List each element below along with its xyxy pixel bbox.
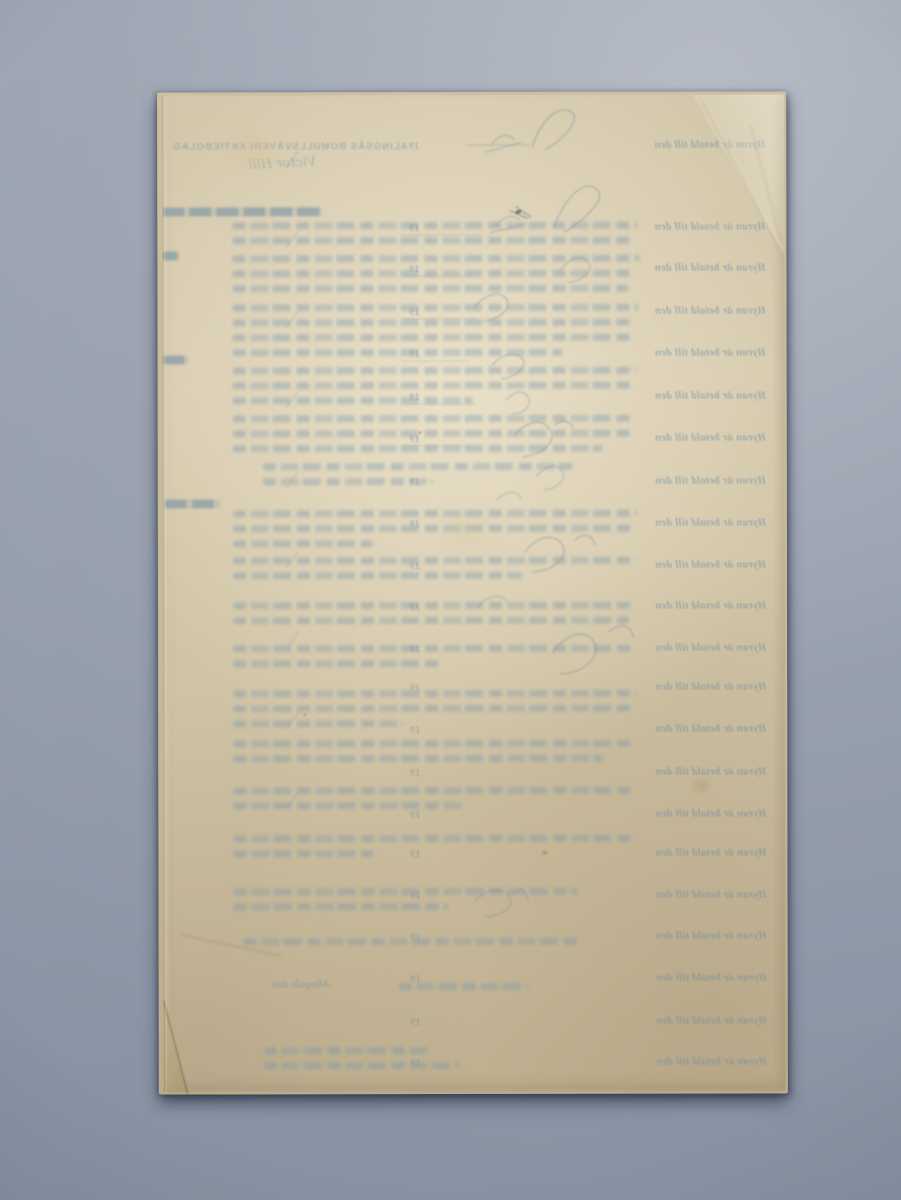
illegible-paragraph-band (244, 938, 579, 954)
stub-label-mirrored: Hyran är betald till den (655, 930, 766, 941)
stub-label-mirrored: Hyran är betald till den (654, 347, 765, 358)
illegible-text-line (234, 903, 449, 910)
stub-year-prefix-mirrored: 19 (411, 1017, 421, 1028)
stub-label-mirrored: Hyran är betald till den (654, 262, 765, 273)
stub-label-mirrored: Hyran är betald till den (654, 139, 765, 150)
illegible-text-line (233, 850, 373, 857)
illegible-paragraph-band (233, 835, 636, 866)
illegible-text-line (234, 888, 579, 896)
stub-label-mirrored: Hyran är betald till den (655, 432, 766, 443)
stub-label-mirrored: Hyran är betald till den (656, 1056, 767, 1067)
illegible-text-line (232, 285, 628, 293)
rent-paid-stub-row: 19Hyran är betald till den (164, 1015, 786, 1031)
illegible-text-line (233, 415, 635, 423)
illegible-paragraph-band (233, 557, 636, 588)
illegible-text-line (233, 510, 638, 518)
illegible-text-line (232, 237, 630, 245)
stub-label-mirrored: Hyran är betald till den (655, 642, 766, 653)
rent-paid-stub-row: 19Hyran är betald till den (164, 1056, 786, 1072)
stub-label-mirrored: Hyran är betald till den (654, 305, 765, 316)
illegible-paragraph-band (232, 255, 640, 301)
illegible-text-line (233, 334, 631, 342)
stub-label-mirrored: Hyran är betald till den (655, 808, 766, 819)
bleed-through-print-layer: ALINGSÅS BOMULLSVÄVERI AKTIEBOLAG Victor… (162, 94, 786, 1092)
illegible-text-line (244, 938, 579, 946)
illegible-text-line (263, 463, 573, 471)
signature-name-mirrored: Victor Hill (248, 154, 317, 173)
illegible-text-line (233, 430, 631, 438)
illegible-text-line (233, 319, 635, 327)
illegible-text-line (233, 690, 637, 698)
illegible-text-line (233, 525, 633, 533)
illegible-text-line (399, 983, 529, 990)
illegible-paragraph-band (233, 367, 637, 413)
illegible-paragraph-band (233, 740, 633, 771)
illegible-text-line (233, 397, 473, 404)
photo-backdrop: ALINGSÅS BOMULLSVÄVERI AKTIEBOLAG Victor… (0, 0, 901, 1200)
illegible-text-line (233, 645, 635, 653)
illegible-text-line (233, 557, 636, 565)
stub-label-mirrored: Hyran är betald till den (655, 847, 766, 858)
illegible-paragraph-band (234, 888, 579, 919)
bold-header-fragment (163, 355, 189, 364)
stub-label-mirrored: Hyran är betald till den (655, 766, 766, 777)
bold-header-fragment (162, 251, 178, 260)
illegible-text-line (233, 660, 443, 667)
illegible-paragraph-band (399, 983, 529, 998)
document-page-verso: ALINGSÅS BOMULLSVÄVERI AKTIEBOLAG Victor… (162, 94, 786, 1092)
illegible-text-line (233, 445, 603, 453)
illegible-text-line (233, 802, 463, 809)
illegible-paragraph-band (232, 304, 638, 365)
illegible-text-line (233, 617, 629, 625)
illegible-paragraph-band (264, 1047, 459, 1077)
illegible-paragraph-band (263, 463, 573, 494)
illegible-text-line (232, 222, 637, 230)
stub-label-mirrored: Hyran är betald till den (655, 723, 766, 734)
illegible-paragraph-band (233, 690, 637, 736)
stub-label-mirrored: Hyran är betald till den (655, 889, 766, 900)
illegible-text-line (233, 787, 635, 795)
illegible-text-line (233, 705, 631, 713)
stub-label-mirrored: Hyran är betald till den (655, 475, 766, 486)
illegible-text-line (232, 255, 640, 263)
paper-stack: ALINGSÅS BOMULLSVÄVERI AKTIEBOLAG Victor… (0, 0, 901, 1200)
illegible-text-line (233, 740, 633, 748)
illegible-text-line (233, 367, 637, 375)
rent-paid-stub-row: 19Hyran är betald till den (162, 139, 784, 155)
illegible-paragraph-band (232, 222, 637, 253)
illegible-text-line (233, 835, 636, 843)
illegible-paragraph-band (233, 415, 635, 461)
illegible-text-line (233, 720, 403, 727)
stub-label-mirrored: Hyran är betald till den (655, 681, 766, 692)
bold-header-fragment (165, 499, 220, 508)
stub-label-mirrored: Hyran är betald till den (655, 517, 766, 528)
illegible-text-line (232, 304, 638, 312)
illegible-text-line (233, 382, 633, 390)
stub-label-mirrored: Hyran är betald till den (655, 600, 766, 611)
illegible-paragraph-band (233, 510, 638, 556)
illegible-text-line (232, 270, 632, 278)
illegible-text-line (233, 349, 563, 357)
illegible-text-line (233, 540, 373, 547)
stub-label-mirrored: Hyran är betald till den (655, 559, 766, 570)
illegible-text-line (264, 1047, 429, 1054)
illegible-text-line (233, 572, 523, 580)
stub-label-mirrored: Hyran är betald till den (656, 972, 767, 983)
illegible-paragraph-band (233, 645, 635, 676)
stub-label-mirrored: Hyran är betald till den (656, 1015, 767, 1026)
stub-label-mirrored: Hyran är betald till den (654, 221, 765, 232)
illegible-text-line (263, 478, 433, 485)
illegible-paragraph-band (233, 602, 633, 633)
illegible-text-line (233, 602, 633, 610)
illegible-text-line (264, 1062, 459, 1069)
illegible-text-line (233, 755, 603, 763)
stub-year-prefix-mirrored: 19 (409, 141, 419, 152)
illegible-paragraph-band (233, 787, 635, 818)
bold-header-fragment (162, 207, 322, 216)
stub-label-mirrored: Hyran är betald till den (655, 390, 766, 401)
